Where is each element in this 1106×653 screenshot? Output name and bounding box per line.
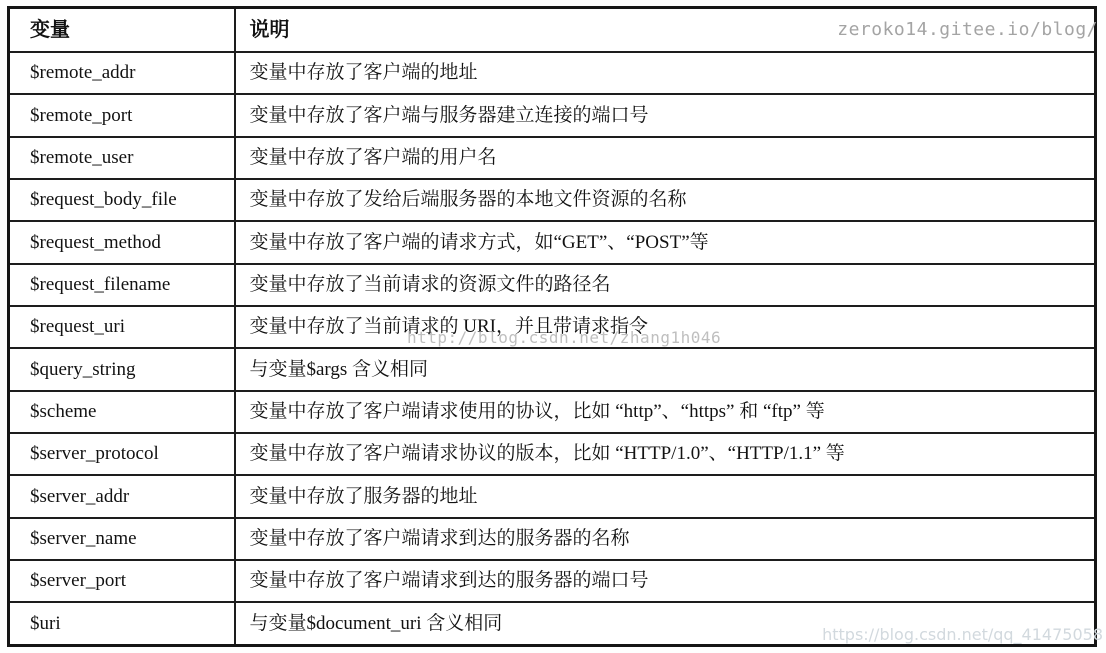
description-cell: 变量中存放了客户端与服务器建立连接的端口号	[235, 94, 1096, 136]
variable-cell: $server_protocol	[9, 433, 235, 475]
scanned-table-page: 变量 说明 $remote_addr变量中存放了客户端的地址$remote_po…	[0, 0, 1106, 653]
description-cell: 变量中存放了当前请求的资源文件的路径名	[235, 264, 1096, 306]
variable-cell: $query_string	[9, 348, 235, 390]
table-row: $query_string与变量$args 含义相同	[9, 348, 1096, 390]
table-row: $remote_addr变量中存放了客户端的地址	[9, 52, 1096, 94]
description-cell: 变量中存放了客户端请求协议的版本，比如 “HTTP/1.0”、“HTTP/1.1…	[235, 433, 1096, 475]
variable-cell: $server_name	[9, 518, 235, 560]
column-header-variable: 变量	[9, 8, 235, 53]
variable-cell: $remote_addr	[9, 52, 235, 94]
variable-cell: $remote_port	[9, 94, 235, 136]
description-cell: 变量中存放了客户端请求使用的协议，比如 “http”、“https” 和 “ft…	[235, 391, 1096, 433]
variable-cell: $remote_user	[9, 137, 235, 179]
table-row: $request_method变量中存放了客户端的请求方式，如“GET”、“PO…	[9, 221, 1096, 263]
description-cell: 变量中存放了客户端的地址	[235, 52, 1096, 94]
variable-cell: $request_method	[9, 221, 235, 263]
table-row: $remote_port变量中存放了客户端与服务器建立连接的端口号	[9, 94, 1096, 136]
nginx-variables-table: 变量 说明 $remote_addr变量中存放了客户端的地址$remote_po…	[7, 6, 1097, 647]
variable-cell: $request_uri	[9, 306, 235, 348]
variable-cell: $uri	[9, 602, 235, 645]
table-row: $scheme变量中存放了客户端请求使用的协议，比如 “http”、“https…	[9, 391, 1096, 433]
description-cell: 变量中存放了客户端请求到达的服务器的端口号	[235, 560, 1096, 602]
column-header-description: 说明	[235, 8, 1096, 53]
description-cell: 与变量$document_uri 含义相同	[235, 602, 1096, 645]
table-row: $uri与变量$document_uri 含义相同	[9, 602, 1096, 645]
variable-cell: $request_filename	[9, 264, 235, 306]
description-cell: 变量中存放了发给后端服务器的本地文件资源的名称	[235, 179, 1096, 221]
table-row: $request_filename变量中存放了当前请求的资源文件的路径名	[9, 264, 1096, 306]
variable-cell: $server_addr	[9, 475, 235, 517]
description-cell: 变量中存放了服务器的地址	[235, 475, 1096, 517]
table-row: $request_uri变量中存放了当前请求的 URI，并且带请求指令	[9, 306, 1096, 348]
table-row: $server_port变量中存放了客户端请求到达的服务器的端口号	[9, 560, 1096, 602]
table-row: $server_name变量中存放了客户端请求到达的服务器的名称	[9, 518, 1096, 560]
table-row: $server_protocol变量中存放了客户端请求协议的版本，比如 “HTT…	[9, 433, 1096, 475]
description-cell: 变量中存放了客户端的用户名	[235, 137, 1096, 179]
description-cell: 变量中存放了客户端的请求方式，如“GET”、“POST”等	[235, 221, 1096, 263]
variable-cell: $scheme	[9, 391, 235, 433]
table-row: $server_addr变量中存放了服务器的地址	[9, 475, 1096, 517]
table-row: $remote_user变量中存放了客户端的用户名	[9, 137, 1096, 179]
table-body: $remote_addr变量中存放了客户端的地址$remote_port变量中存…	[9, 52, 1096, 646]
description-cell: 与变量$args 含义相同	[235, 348, 1096, 390]
variable-cell: $request_body_file	[9, 179, 235, 221]
variable-cell: $server_port	[9, 560, 235, 602]
header-row: 变量 说明	[9, 8, 1096, 53]
description-cell: 变量中存放了客户端请求到达的服务器的名称	[235, 518, 1096, 560]
description-cell: 变量中存放了当前请求的 URI，并且带请求指令	[235, 306, 1096, 348]
table-row: $request_body_file变量中存放了发给后端服务器的本地文件资源的名…	[9, 179, 1096, 221]
